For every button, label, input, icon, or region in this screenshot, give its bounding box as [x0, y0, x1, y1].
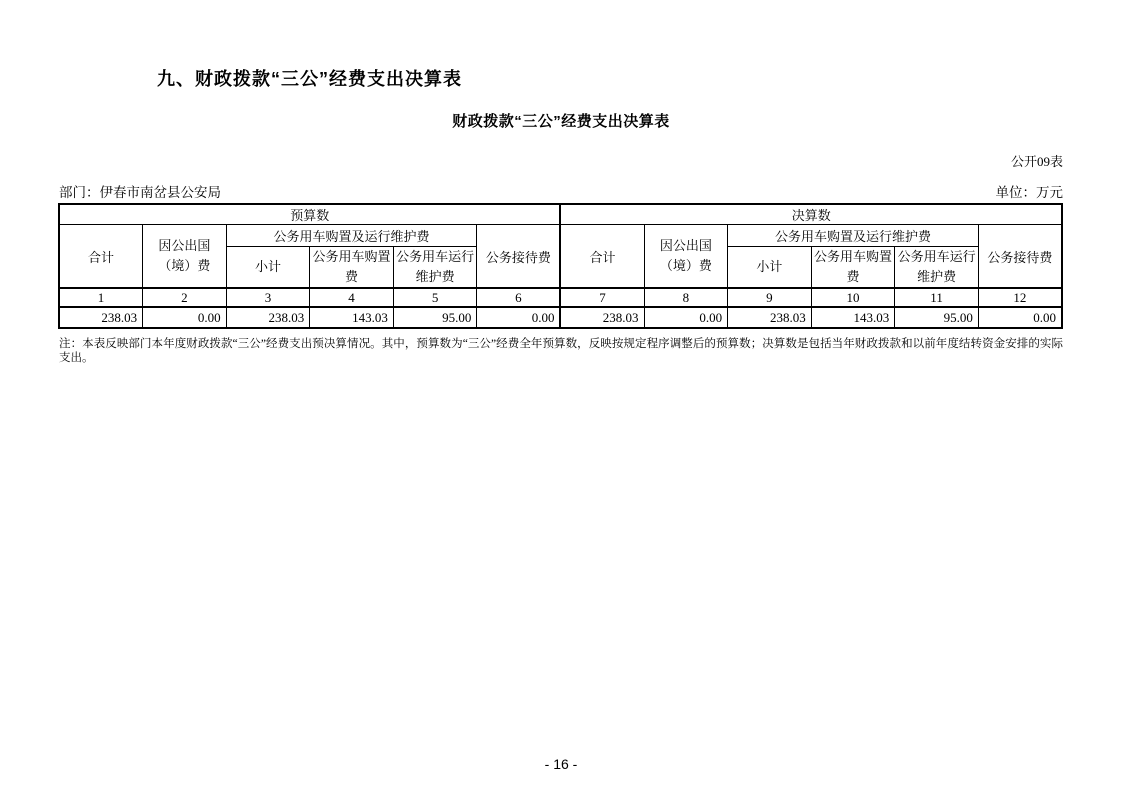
- data-cell-final-vehicle-subtotal: 238.03: [728, 307, 812, 328]
- col-header-budget-total: 合计: [59, 225, 143, 289]
- department-label: 部门：伊春市南岔县公安局: [59, 181, 221, 201]
- san-gong-expense-table: 预算数 决算数 合计 因公出国 （境）费 公务用车购置及运行维护费 公务接待费 …: [58, 203, 1063, 329]
- column-number: 9: [728, 288, 812, 307]
- col-header-budget-reception: 公务接待费: [477, 225, 561, 289]
- table-footnote: 注：本表反映部门本年度财政拨款“三公”经费支出预决算情况。其中，预算数为“三公”…: [59, 337, 1063, 365]
- column-number: 10: [811, 288, 895, 307]
- col-header-final-total: 合计: [560, 225, 644, 289]
- data-cell-budget-abroad: 0.00: [143, 307, 227, 328]
- col-header-budget-vehicle-subtotal: 小计: [226, 247, 310, 289]
- column-number: 11: [895, 288, 979, 307]
- unit-label: 单位：万元: [996, 181, 1064, 201]
- column-number: 1: [59, 288, 143, 307]
- table-row-group-headers: 合计 因公出国 （境）费 公务用车购置及运行维护费 公务接待费 合计 因公出国 …: [59, 225, 1062, 247]
- data-cell-final-vehicle-purchase: 143.03: [811, 307, 895, 328]
- col-header-budget-vehicle-purchase: 公务用车购置 费: [310, 247, 394, 289]
- table-title: 财政拨款“三公”经费支出决算表: [0, 110, 1122, 131]
- column-number: 5: [393, 288, 477, 307]
- data-cell-final-total: 238.03: [560, 307, 644, 328]
- section-heading: 九、财政拨款“三公”经费支出决算表: [157, 65, 462, 91]
- data-cell-budget-vehicle-subtotal: 238.03: [226, 307, 310, 328]
- col-header-final-reception: 公务接待费: [978, 225, 1062, 289]
- table-row-column-numbers: 1 2 3 4 5 6 7 8 9 10 11 12: [59, 288, 1062, 307]
- table-code: 公开09表: [60, 151, 1063, 170]
- col-header-final-vehicle-group: 公务用车购置及运行维护费: [728, 225, 979, 247]
- table-meta-row: 部门：伊春市南岔县公安局 单位：万元: [59, 181, 1063, 201]
- data-cell-budget-reception: 0.00: [477, 307, 561, 328]
- column-number: 8: [644, 288, 728, 307]
- table-row-sections: 预算数 决算数: [59, 204, 1062, 225]
- data-cell-budget-vehicle-purchase: 143.03: [310, 307, 394, 328]
- page-number: - 16 -: [0, 756, 1122, 772]
- data-cell-final-abroad: 0.00: [644, 307, 728, 328]
- data-cell-final-reception: 0.00: [978, 307, 1062, 328]
- col-header-final-vehicle-subtotal: 小计: [728, 247, 812, 289]
- column-number: 3: [226, 288, 310, 307]
- col-header-budget-vehicle-group: 公务用车购置及运行维护费: [226, 225, 477, 247]
- table-row-data: 238.03 0.00 238.03 143.03 95.00 0.00 238…: [59, 307, 1062, 328]
- section-header-final: 决算数: [560, 204, 1062, 225]
- column-number: 12: [978, 288, 1062, 307]
- col-header-final-vehicle-maintenance: 公务用车运行 维护费: [895, 247, 979, 289]
- column-number: 7: [560, 288, 644, 307]
- data-cell-final-vehicle-maintenance: 95.00: [895, 307, 979, 328]
- column-number: 2: [143, 288, 227, 307]
- col-header-final-abroad: 因公出国 （境）费: [644, 225, 728, 289]
- data-cell-budget-vehicle-maintenance: 95.00: [393, 307, 477, 328]
- col-header-budget-vehicle-maintenance: 公务用车运行 维护费: [393, 247, 477, 289]
- column-number: 6: [477, 288, 561, 307]
- column-number: 4: [310, 288, 394, 307]
- col-header-budget-abroad: 因公出国 （境）费: [143, 225, 227, 289]
- document-page: 九、财政拨款“三公”经费支出决算表 财政拨款“三公”经费支出决算表 公开09表 …: [0, 0, 1122, 793]
- section-header-budget: 预算数: [59, 204, 560, 225]
- col-header-final-vehicle-purchase: 公务用车购置 费: [811, 247, 895, 289]
- data-cell-budget-total: 238.03: [59, 307, 143, 328]
